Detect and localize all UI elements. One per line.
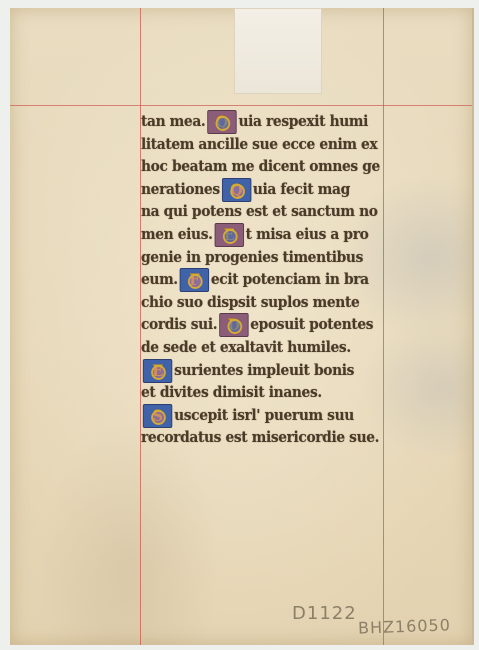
illuminated-initial: Q [207,110,236,134]
illuminated-initial: S [143,404,172,428]
line-text: litatem ancille sue ecce enim ex [141,135,377,153]
line-text: uia respexit humi [238,112,368,130]
text-line: Esurientes impleuit bonis [141,359,371,382]
line-text: nerationes [141,180,220,198]
text-line: cordis sui.Deposuit potentes [141,313,371,336]
text-line: et divites dimisit inanes. [141,381,371,404]
paper-repair-patch [234,8,322,94]
text-line: na qui potens est et sanctum no [141,200,371,223]
illuminated-initial: E [214,223,243,247]
ruling-line-top [10,105,472,106]
text-line: de sede et exaltavit humiles. [141,336,371,359]
pencil-annotation-inventory: BHZ16050 [358,615,451,637]
line-text: genie in progenies timentibus [141,248,363,266]
text-line: litatem ancille sue ecce enim ex [141,133,371,156]
line-text: cordis sui. [141,315,217,333]
illuminated-initial: F [180,268,209,292]
line-text: uscepit isrl' puerum suu [174,406,354,424]
text-line: nerationesQuia fecit mag [141,178,371,201]
line-text: t misa eius a pro [246,225,369,243]
line-text: na qui potens est et sanctum no [141,202,378,220]
illuminated-initial: D [219,313,248,337]
text-block: tan mea.Quia respexit humi litatem ancil… [141,110,391,449]
text-line: men eius.Et misa eius a pro [141,223,371,246]
text-line: hoc beatam me dicent omnes ge [141,155,371,178]
text-line: genie in progenies timentibus [141,246,371,269]
illuminated-initial: Q [222,178,251,202]
line-text: et divites dimisit inanes. [141,383,322,401]
line-text: surientes impleuit bonis [174,361,354,379]
text-line: Suscepit isrl' puerum suu [141,404,371,427]
pencil-annotation-number: D1122 [292,603,357,624]
text-line: tan mea.Quia respexit humi [141,110,371,133]
text-line: eum.Fecit potenciam in bra [141,268,371,291]
text-line: chio suo dispsit suplos mente [141,291,371,314]
line-text: tan mea. [141,112,205,130]
illuminated-initial: E [143,359,172,383]
text-line: recordatus est misericordie sue. [141,426,371,449]
line-text: eum. [141,270,178,288]
line-text: uia fecit mag [253,180,350,198]
line-text: chio suo dispsit suplos mente [141,293,359,311]
line-text: de sede et exaltavit humiles. [141,338,351,356]
line-text: men eius. [141,225,213,243]
line-text: eposuit potentes [250,315,373,333]
line-text: ecit potenciam in bra [211,270,369,288]
line-text: recordatus est misericordie sue. [141,428,379,446]
line-text: hoc beatam me dicent omnes ge [141,157,380,175]
